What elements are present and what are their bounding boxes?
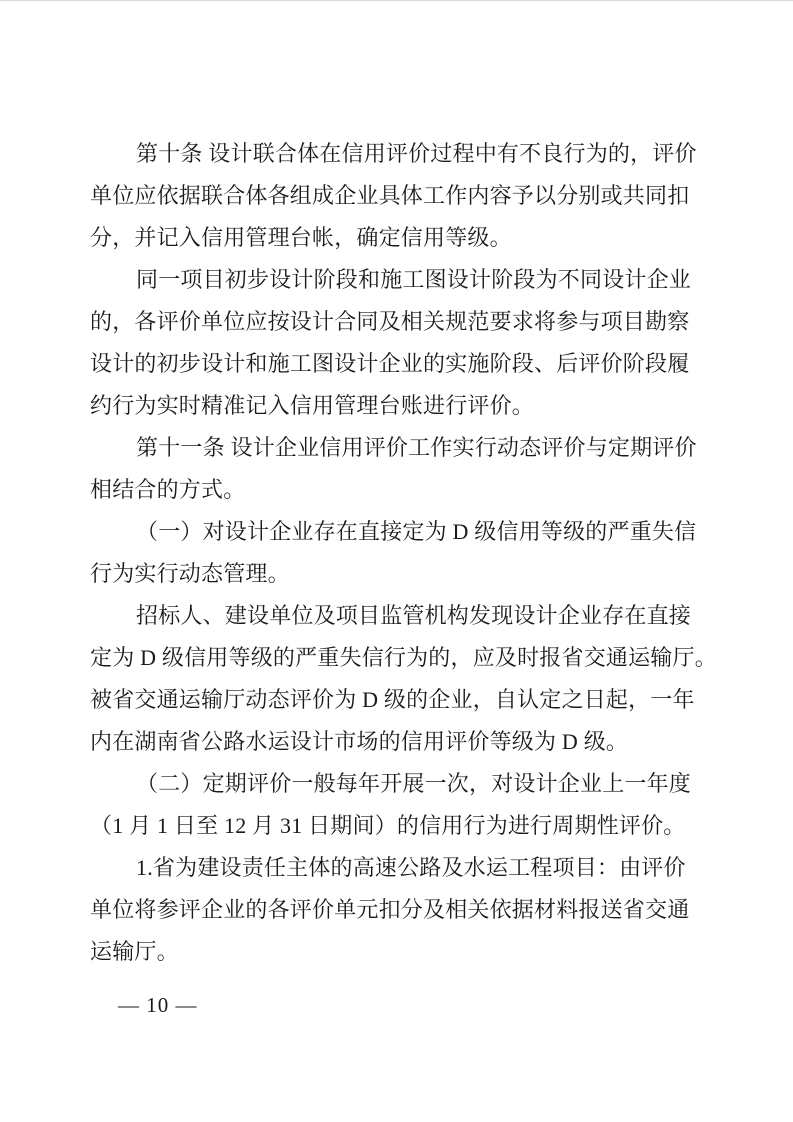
text-line: 被省交通运输厅动态评价为 D 级的企业，自认定之日起，一年: [90, 679, 712, 721]
text-line: 同一项目初步设计阶段和施工图设计阶段为不同设计企业: [90, 259, 712, 301]
page-number: — 10 —: [118, 993, 198, 1017]
text-line: 分，并记入信用管理台帐，确定信用等级。: [90, 217, 712, 259]
text-line: 第十条 设计联合体在信用评价过程中有不良行为的，评价: [90, 133, 712, 175]
text-line: 行为实行动态管理。: [90, 553, 712, 595]
text-line: 单位将参评企业的各评价单元扣分及相关依据材料报送省交通: [90, 889, 712, 931]
text-line: （一）对设计企业存在直接定为 D 级信用等级的严重失信: [90, 511, 712, 553]
text-line: 内在湖南省公路水运设计市场的信用评价等级为 D 级。: [90, 721, 712, 763]
text-line: 设计的初步设计和施工图设计企业的实施阶段、后评价阶段履: [90, 343, 712, 385]
text-line: （二）定期评价一般每年开展一次，对设计企业上一年度: [90, 763, 712, 805]
text-line: 第十一条 设计企业信用评价工作实行动态评价与定期评价: [90, 427, 712, 469]
document-page: 第十条 设计联合体在信用评价过程中有不良行为的，评价单位应依据联合体各组成企业具…: [0, 0, 793, 1122]
text-line: 定为 D 级信用等级的严重失信行为的，应及时报省交通运输厅。: [90, 637, 712, 679]
text-line: （1 月 1 日至 12 月 31 日期间）的信用行为进行周期性评价。: [90, 805, 712, 847]
text-line: 的，各评价单位应按设计合同及相关规范要求将参与项目勘察: [90, 301, 712, 343]
document-body: 第十条 设计联合体在信用评价过程中有不良行为的，评价单位应依据联合体各组成企业具…: [90, 133, 712, 973]
text-line: 约行为实时精准记入信用管理台账进行评价。: [90, 385, 712, 427]
text-line: 运输厅。: [90, 931, 712, 973]
page-footer: — 10 —: [118, 991, 198, 1019]
text-line: 招标人、建设单位及项目监管机构发现设计企业存在直接: [90, 595, 712, 637]
text-line: 1.省为建设责任主体的高速公路及水运工程项目：由评价: [90, 847, 712, 889]
text-line: 单位应依据联合体各组成企业具体工作内容予以分别或共同扣: [90, 175, 712, 217]
text-line: 相结合的方式。: [90, 469, 712, 511]
